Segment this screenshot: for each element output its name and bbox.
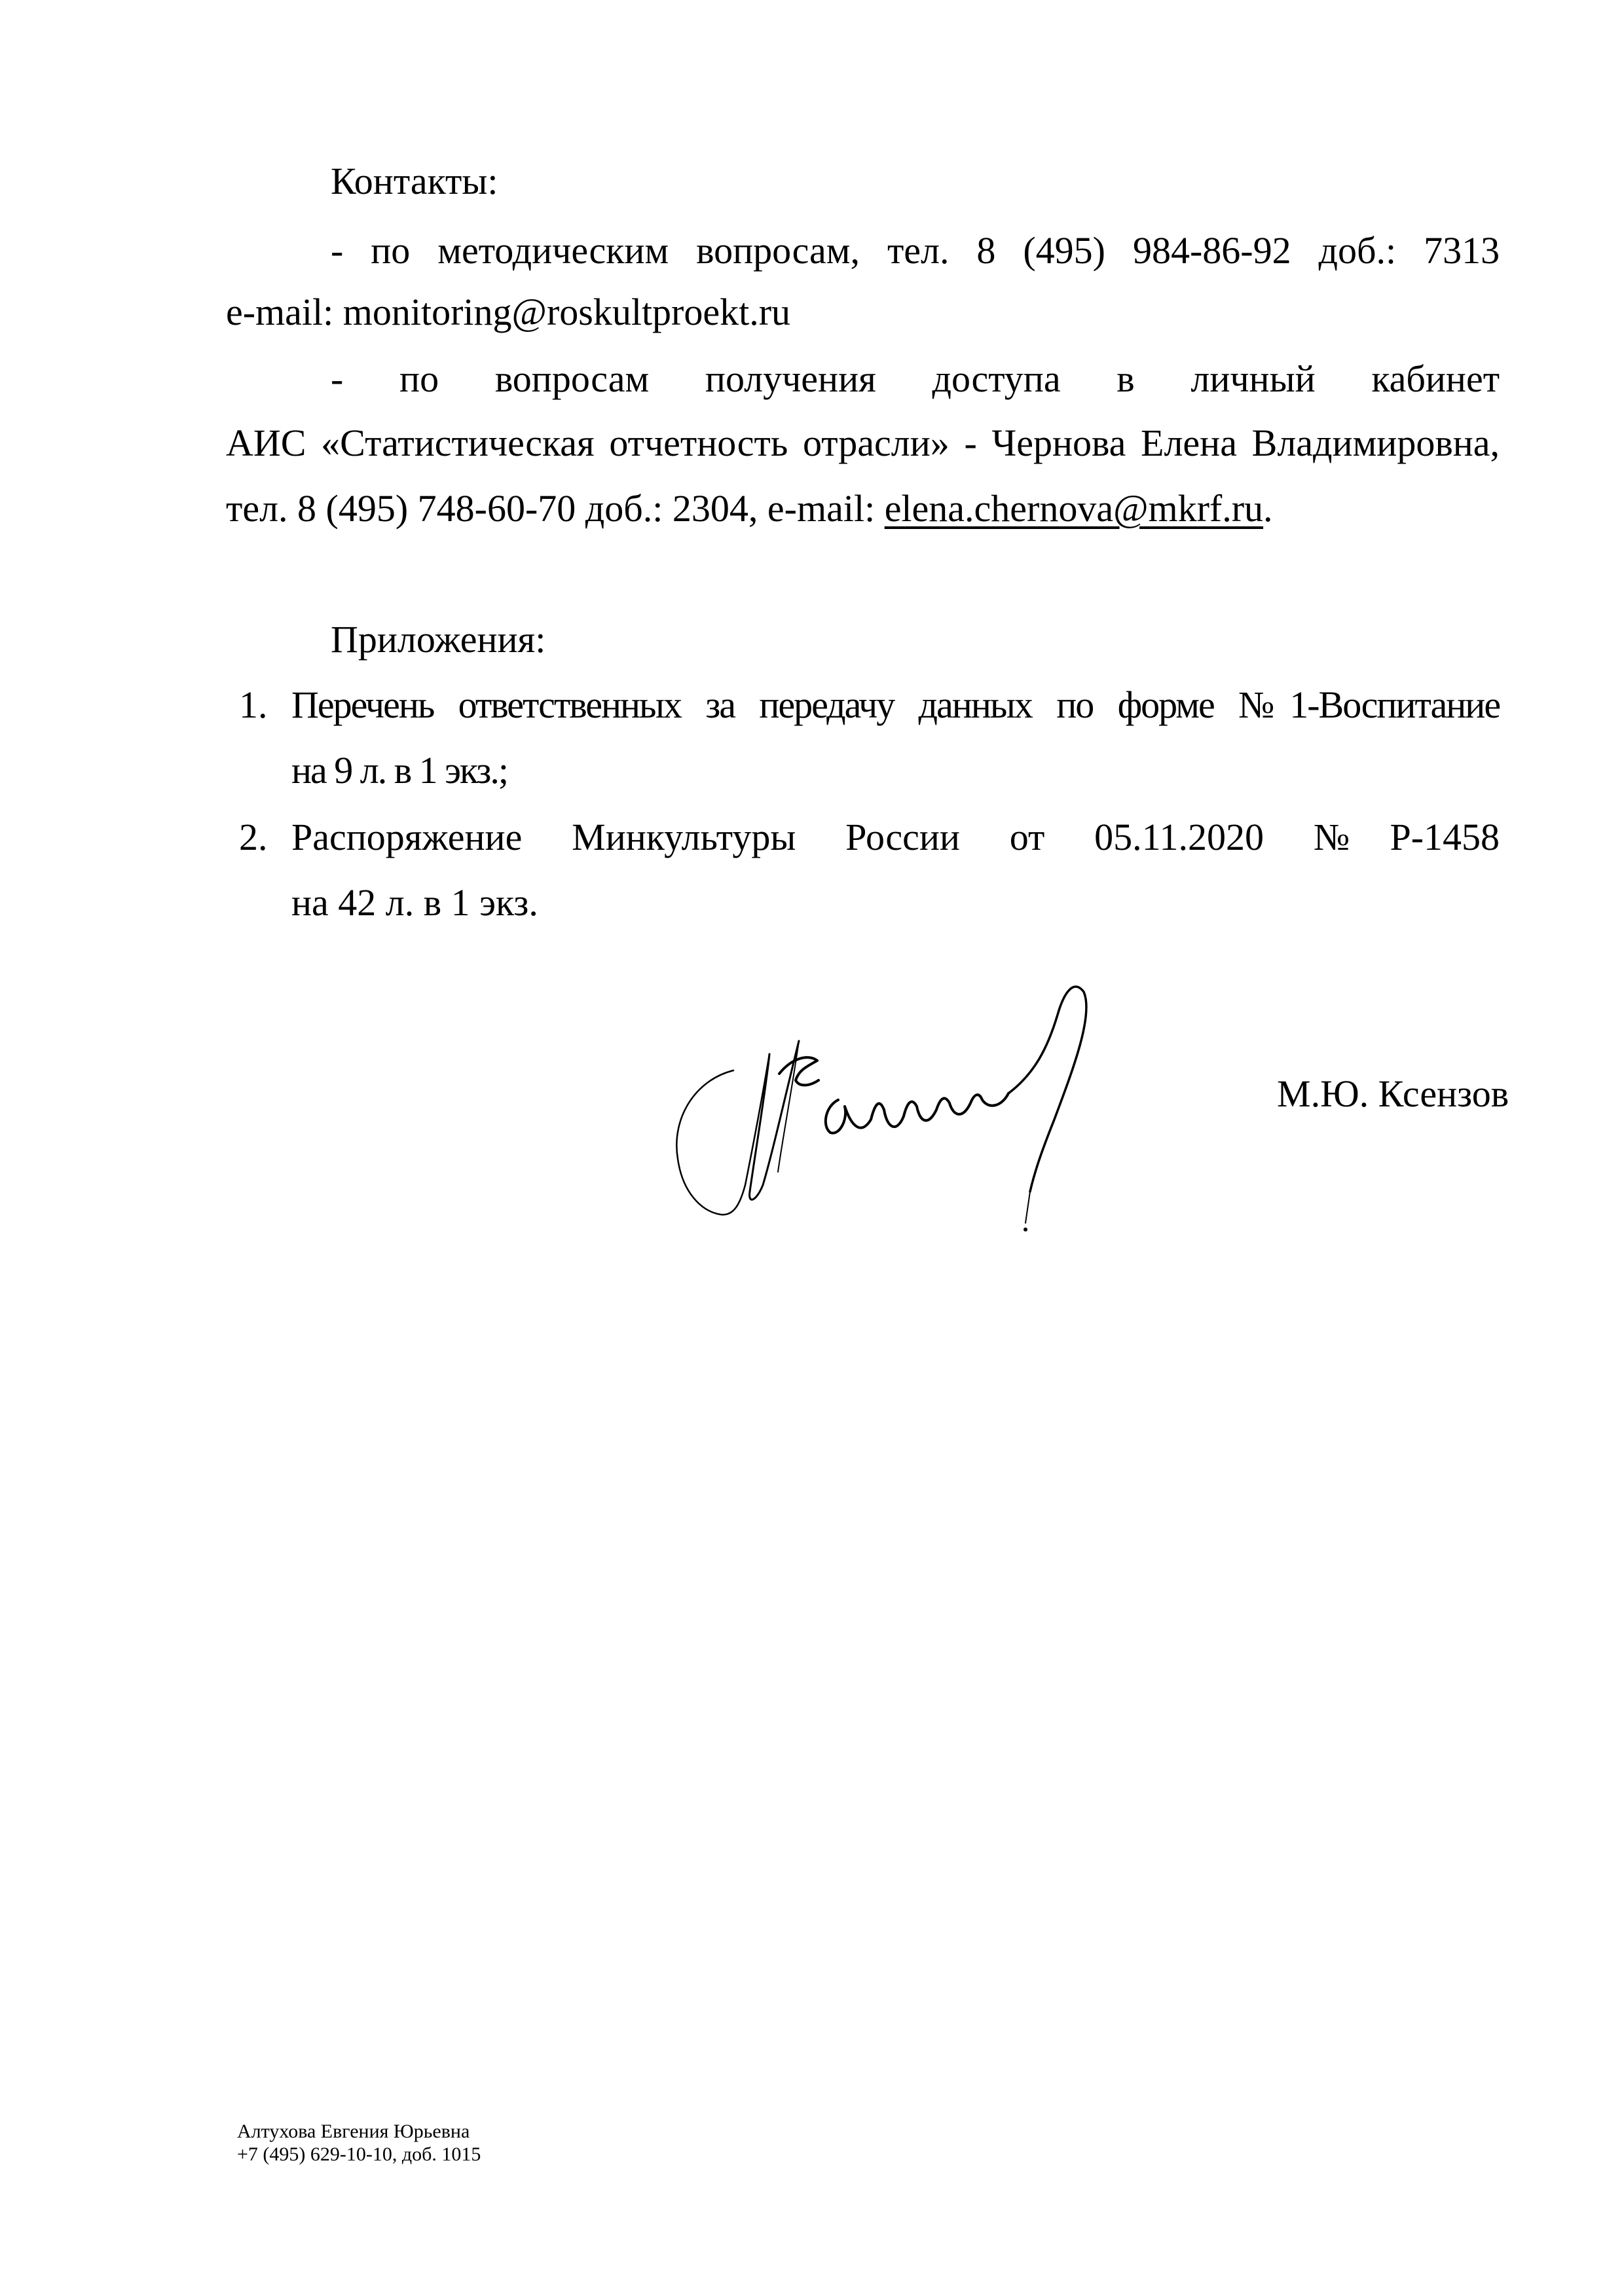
attachments-heading: Приложения: [331, 621, 545, 659]
attachment-1-line-2: на 9 л. в 1 экз.; [291, 752, 507, 790]
attachment-1-line-1: Перечень ответственных за передачу данны… [291, 686, 1500, 724]
attachment-2-line-2: на 42 л. в 1 экз. [291, 884, 538, 922]
executor-name: Алтухова Евгения Юрьевна [237, 2121, 470, 2143]
contacts-heading: Контакты: [331, 162, 498, 200]
executor-phone: +7 (495) 629-10-10, доб. 1015 [237, 2143, 481, 2166]
access-contact-line-3: тел. 8 (495) 748-60-70 доб.: 2304, e-mai… [226, 490, 1273, 528]
methodical-contact-email: e-mail: monitoring@roskultproekt.ru [226, 293, 790, 331]
access-contact-line-1: - по вопросам получения доступа в личный… [331, 360, 1500, 398]
document-page: Контакты: - по методическим вопросам, те… [0, 0, 1624, 2296]
email-link[interactable]: elena.chernova@mkrf.ru [885, 487, 1263, 530]
signatory-name: М.Ю. Ксензов [1277, 1075, 1509, 1113]
attachment-1-number: 1. [239, 686, 268, 724]
attachment-2-number: 2. [239, 818, 268, 856]
handwritten-signature-icon [668, 975, 1257, 1250]
methodical-contact-line-1: - по методическим вопросам, тел. 8 (495)… [331, 232, 1500, 270]
attachment-2-line-1: Распоряжение Минкультуры России от 05.11… [291, 818, 1500, 856]
access-contact-line-2: АИС «Статистическая отчетность отрасли» … [226, 424, 1500, 462]
